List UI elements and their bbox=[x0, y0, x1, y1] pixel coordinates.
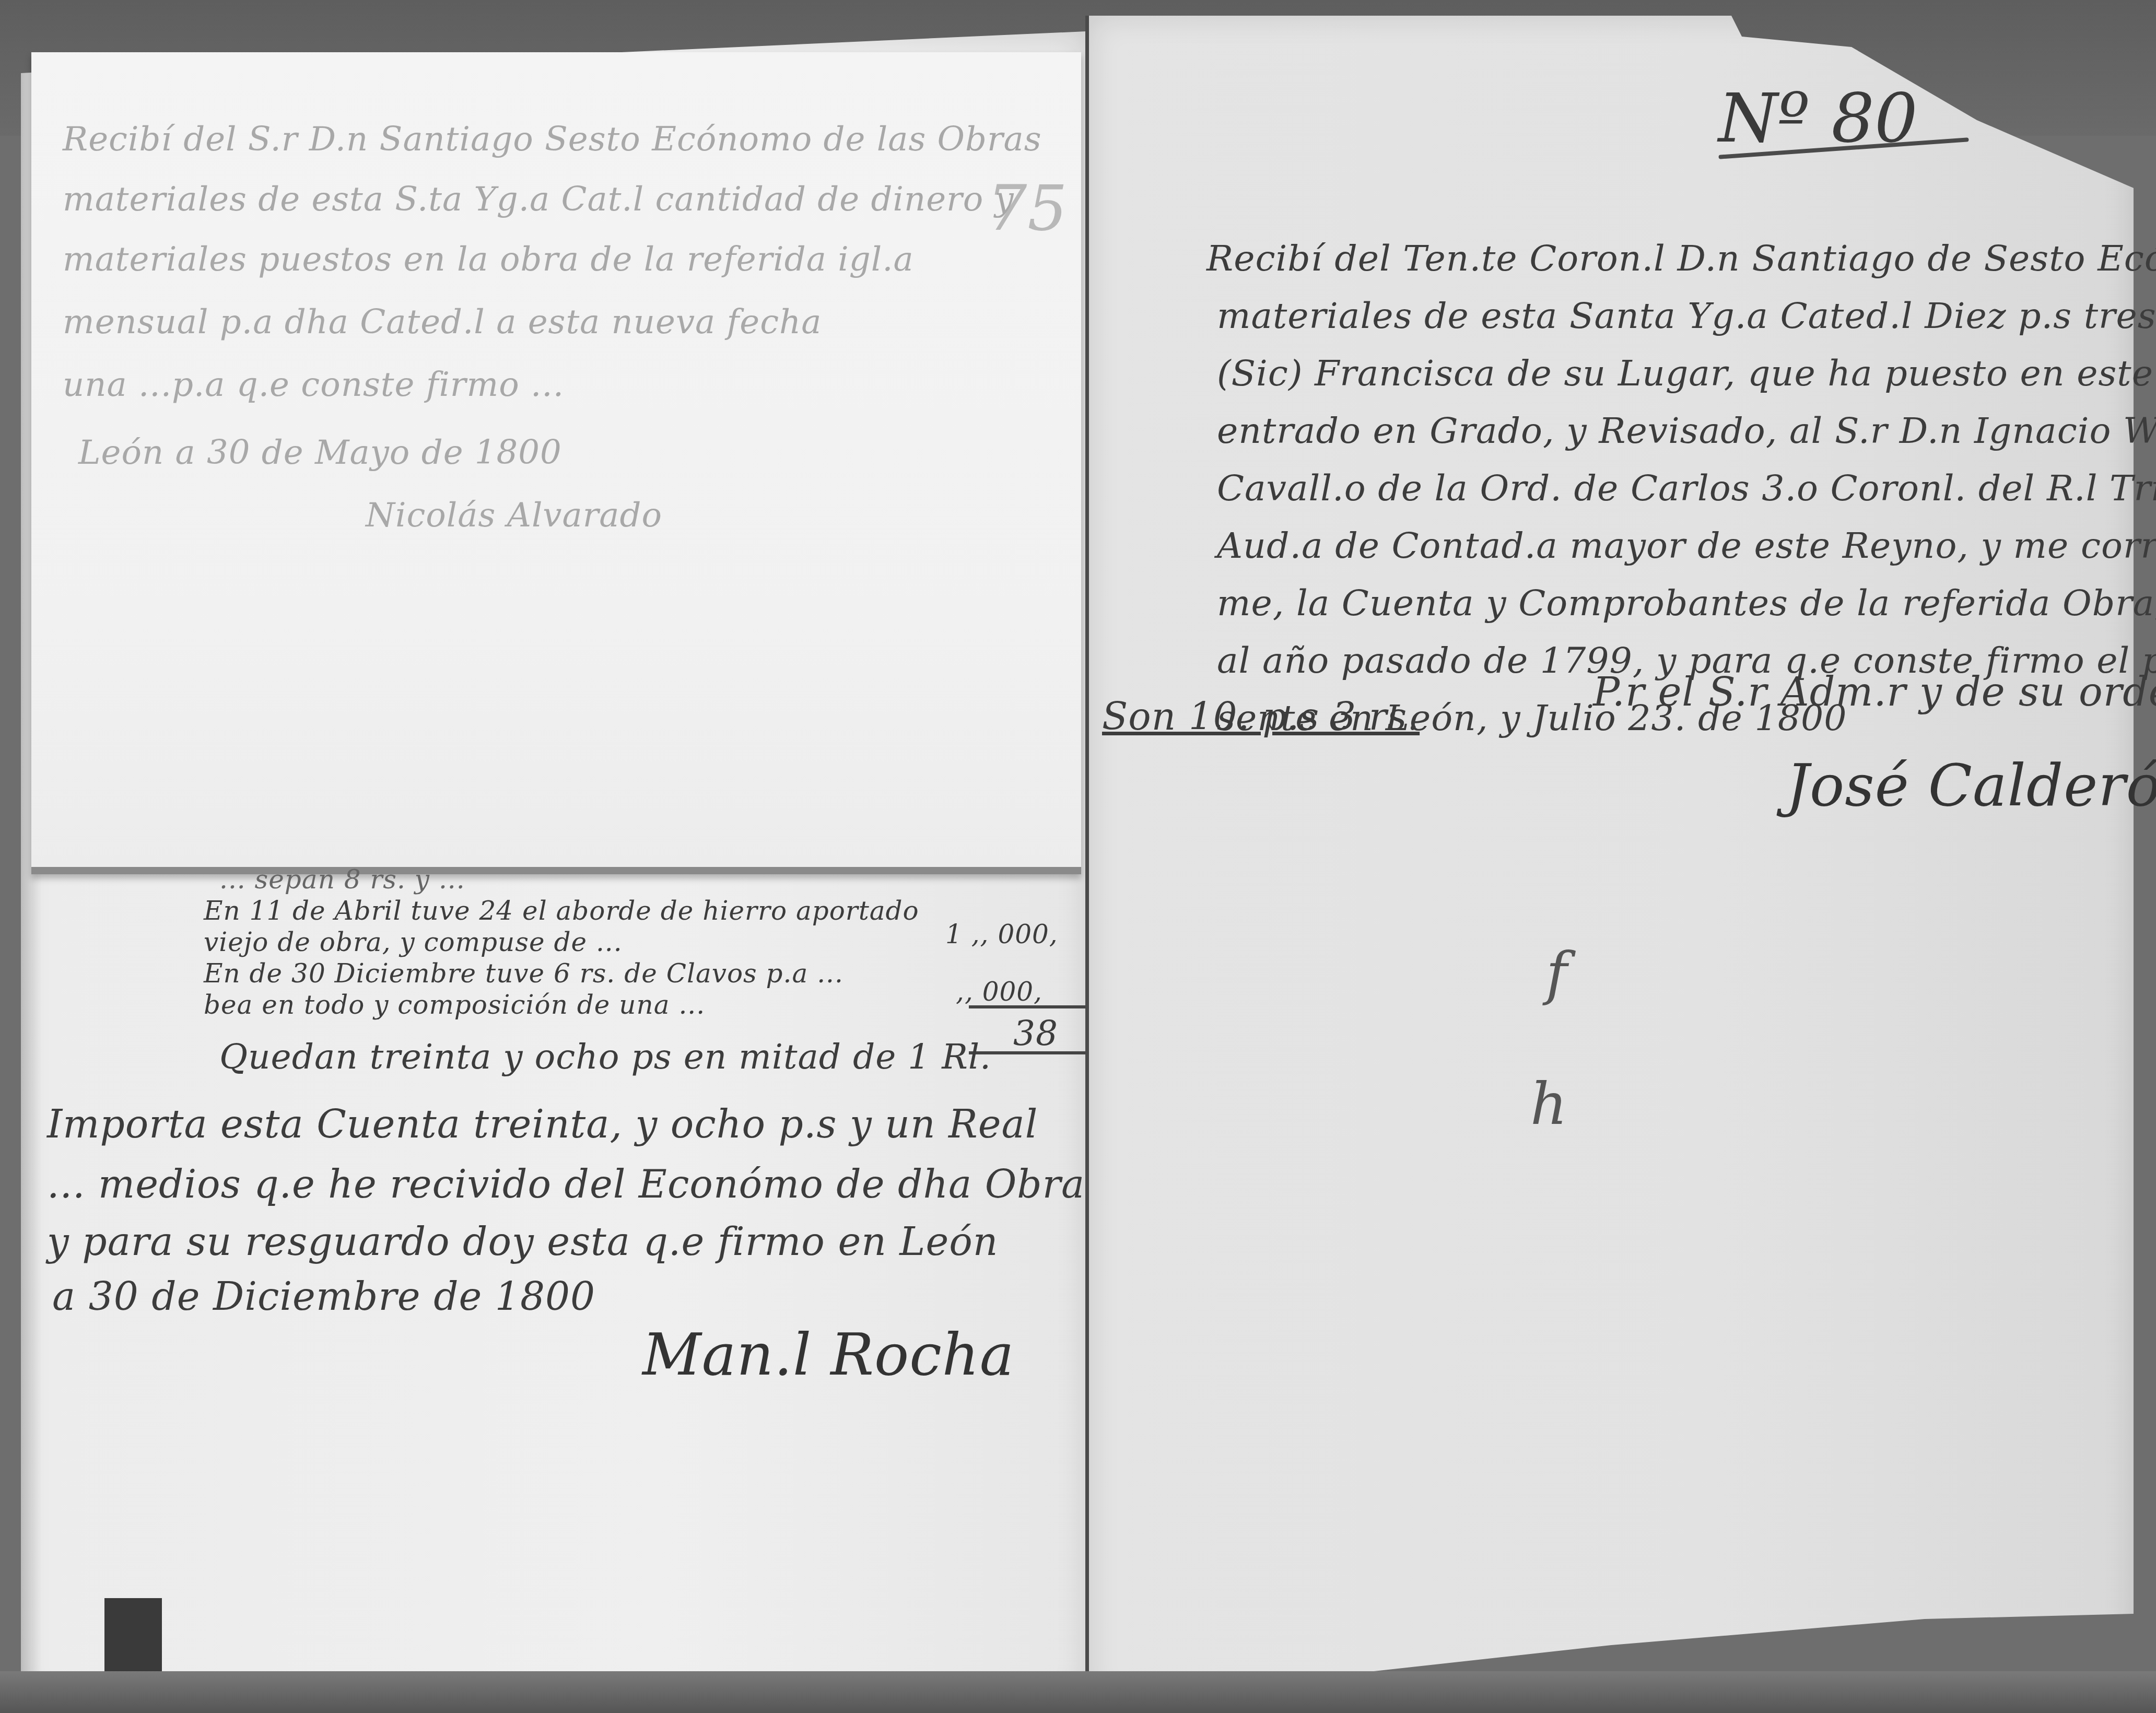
right-signature: José Calderón bbox=[1786, 752, 2156, 819]
body-line: entrado en Grado, y Revisado, al S.r D.n… bbox=[1217, 402, 2156, 461]
faint-mark-f: f bbox=[1546, 940, 1568, 1007]
ledger-entry-line: bea en todo y composición de una ... bbox=[204, 990, 705, 1020]
ledger-entry-line: En de 30 Diciembre tuve 6 rs. de Clavos … bbox=[204, 958, 843, 989]
attestation-line: P.r el S.r Adm.r y de su orden bbox=[1593, 668, 2156, 715]
amount-total: Son 10. p.s 3 rs. bbox=[1102, 695, 1420, 738]
ledger-entry-line: En 11 de Abril tuve 24 el aborde de hier… bbox=[204, 896, 919, 926]
faded-line: mensual p.a dha Cated.l a esta nueva fec… bbox=[63, 303, 822, 342]
body-line: a 30 de Diciembre de 1800 bbox=[52, 1274, 595, 1319]
body-line: ... medios q.e he recivido del Económo d… bbox=[47, 1162, 1085, 1207]
ledger-entry-line: viejo de obra, y compuse de ... bbox=[204, 927, 623, 957]
body-line: (Sic) Francisca de su Lugar, que ha pues… bbox=[1217, 345, 2156, 403]
faint-mark-h: h bbox=[1530, 1071, 1568, 1137]
body-line: Aud.a de Contad.a mayor de este Reyno, y… bbox=[1217, 517, 2156, 576]
ledger-amount: ,, 000, bbox=[956, 977, 1042, 1007]
ledger-amount: 1 ,, 000, bbox=[945, 919, 1058, 949]
left-signature: Man.l Rocha bbox=[642, 1321, 1014, 1388]
body-line: y para su resguardo doy esta q.e firmo e… bbox=[47, 1219, 999, 1264]
scan-bottom-edge bbox=[0, 1671, 2156, 1713]
faded-line: materiales de esta S.ta Yg.a Cat.l canti… bbox=[63, 180, 1014, 219]
body-line: materiales de esta Santa Yg.a Cated.l Di… bbox=[1217, 287, 2156, 346]
remaining-line: Quedan treinta y ocho ps en mitad de 1 R… bbox=[219, 1037, 991, 1077]
body-line: Importa esta Cuenta treinta, y ocho p.s … bbox=[47, 1102, 1038, 1147]
ledger-subtotal: 38 bbox=[1013, 1013, 1058, 1053]
faded-line: León a 30 de Mayo de 1800 bbox=[78, 433, 562, 472]
faded-line: una ...p.a q.e conste firmo ... bbox=[63, 366, 564, 404]
faded-line: materiales puestos en la obra de la refe… bbox=[63, 240, 914, 279]
page-spine-divider bbox=[1085, 16, 1089, 1703]
faded-signature: Nicolás Alvarado bbox=[366, 496, 662, 535]
body-line: Cavall.o de la Ord. de Carlos 3.o Coronl… bbox=[1217, 460, 2156, 518]
body-line: me, la Cuenta y Comprobantes de la refer… bbox=[1217, 574, 2156, 633]
ledger-header-line: ... sepan 8 rs. y ... bbox=[219, 864, 465, 895]
faded-line: Recibí del S.r D.n Santiago Sesto Ecónom… bbox=[63, 120, 1042, 159]
ledger-rule-top bbox=[969, 1005, 1086, 1008]
body-line: Recibí del Ten.te Coron.l D.n Santiago d… bbox=[1206, 230, 2156, 288]
